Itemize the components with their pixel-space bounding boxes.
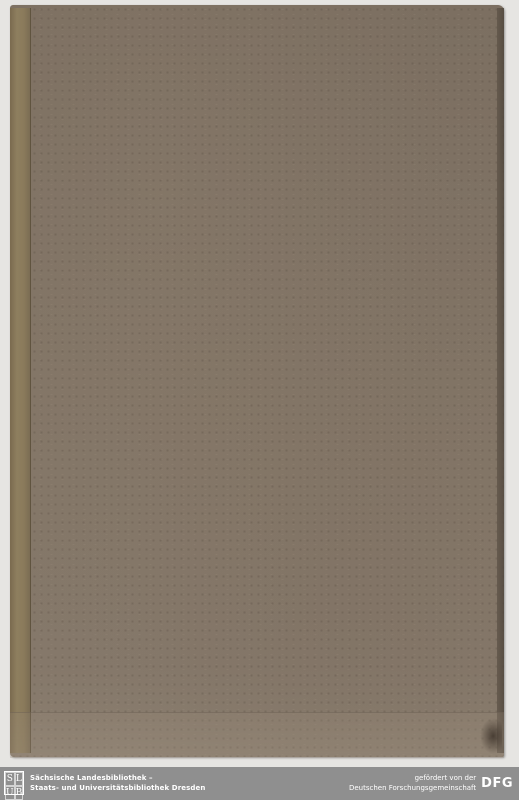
spine-strip <box>10 8 31 753</box>
institution-line-2: Staats- und Universitätsbibliothek Dresd… <box>30 783 205 793</box>
slub-logo-letter: B <box>15 786 24 800</box>
cover-right-edge <box>497 8 504 753</box>
institution-line-1: Sächsische Landesbibliothek – <box>30 773 205 783</box>
slub-logo-letter: U <box>5 786 15 800</box>
slub-logo-letter: S <box>5 772 15 786</box>
dfg-credit: gefördert von der Deutschen Forschungsge… <box>349 773 513 793</box>
slub-logo-letter: L <box>15 772 24 786</box>
funding-line-2: Deutschen Forschungsgemeinschaft <box>349 783 476 793</box>
institution-name: Sächsische Landesbibliothek – Staats- un… <box>30 773 205 793</box>
slub-credit: S L U B Sächsische Landesbibliothek – St… <box>4 771 205 795</box>
corner-stain <box>480 718 502 754</box>
attribution-footer: S L U B Sächsische Landesbibliothek – St… <box>0 767 519 800</box>
funding-line-1: gefördert von der <box>349 773 476 783</box>
dfg-logo-icon: DFG <box>481 776 513 791</box>
book-cover <box>10 5 504 757</box>
slub-logo-icon: S L U B <box>4 771 24 795</box>
cover-bottom-band <box>10 712 504 758</box>
funding-text: gefördert von der Deutschen Forschungsge… <box>349 773 476 793</box>
